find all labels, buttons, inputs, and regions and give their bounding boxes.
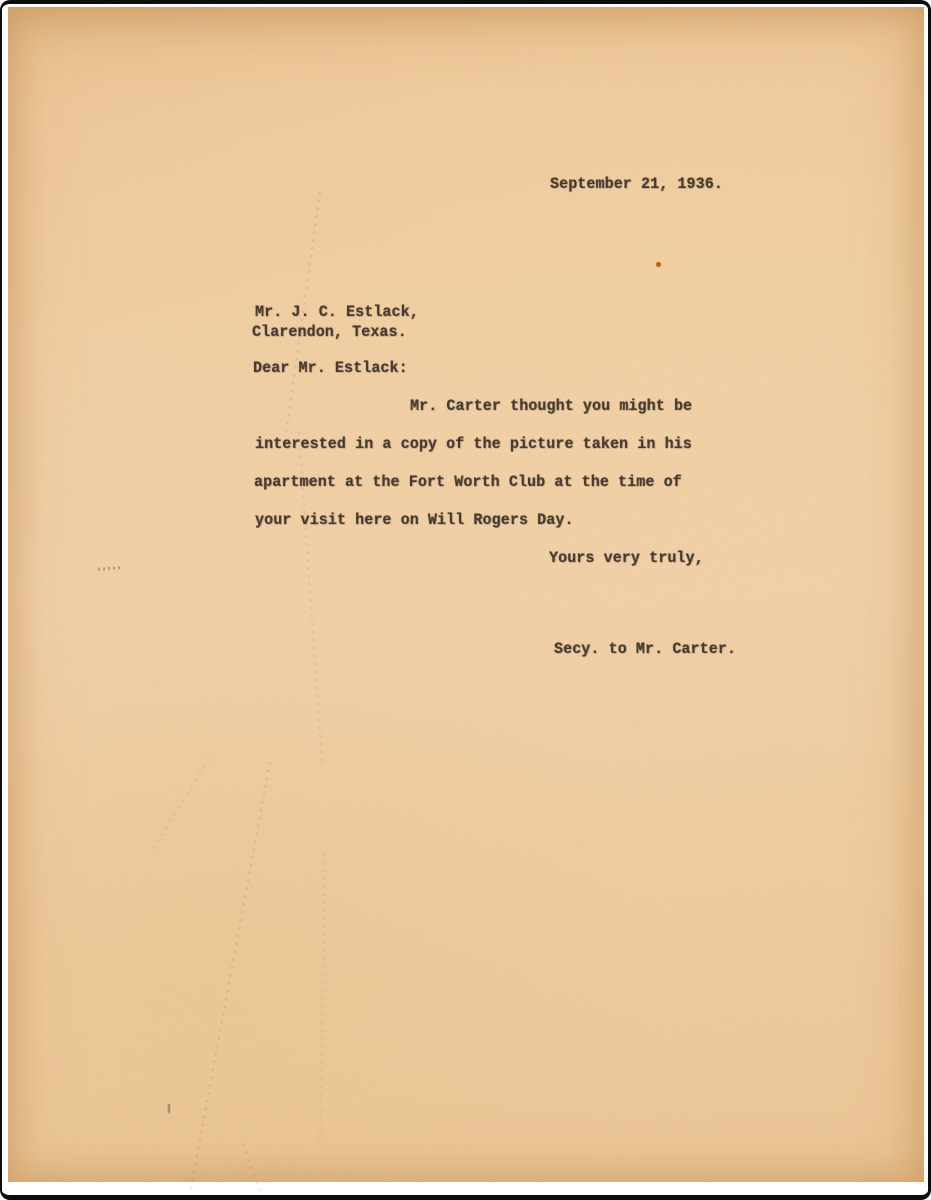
scratch-mark [168,1104,170,1113]
body-line-2: interested in a copy of the picture take… [255,436,692,454]
body-line-1: Mr. Carter thought you might be [410,398,692,416]
recipient-city: Clarendon, Texas. [252,324,407,342]
rust-spot [656,262,661,267]
crease-mark [242,1144,265,1200]
signature-line: Secy. to Mr. Carter. [554,641,736,659]
letter-date: September 21, 1936. [550,176,723,194]
closing: Yours very truly, [549,550,704,568]
scanned-letter-page: September 21, 1936. Mr. J. C. Estlack, C… [0,0,931,1200]
body-line-4: your visit here on Will Rogers Day. [255,512,574,530]
pencil-mark [98,566,120,571]
crease-mark [319,854,326,1144]
crease-mark [189,762,271,1195]
letter-content: September 21, 1936. Mr. J. C. Estlack, C… [2,4,928,1195]
recipient-name: Mr. J. C. Estlack, [255,304,419,322]
salutation: Dear Mr. Estlack: [253,360,408,378]
body-line-3: apartment at the Fort Worth Club at the … [254,474,682,492]
crease-mark [151,758,210,851]
